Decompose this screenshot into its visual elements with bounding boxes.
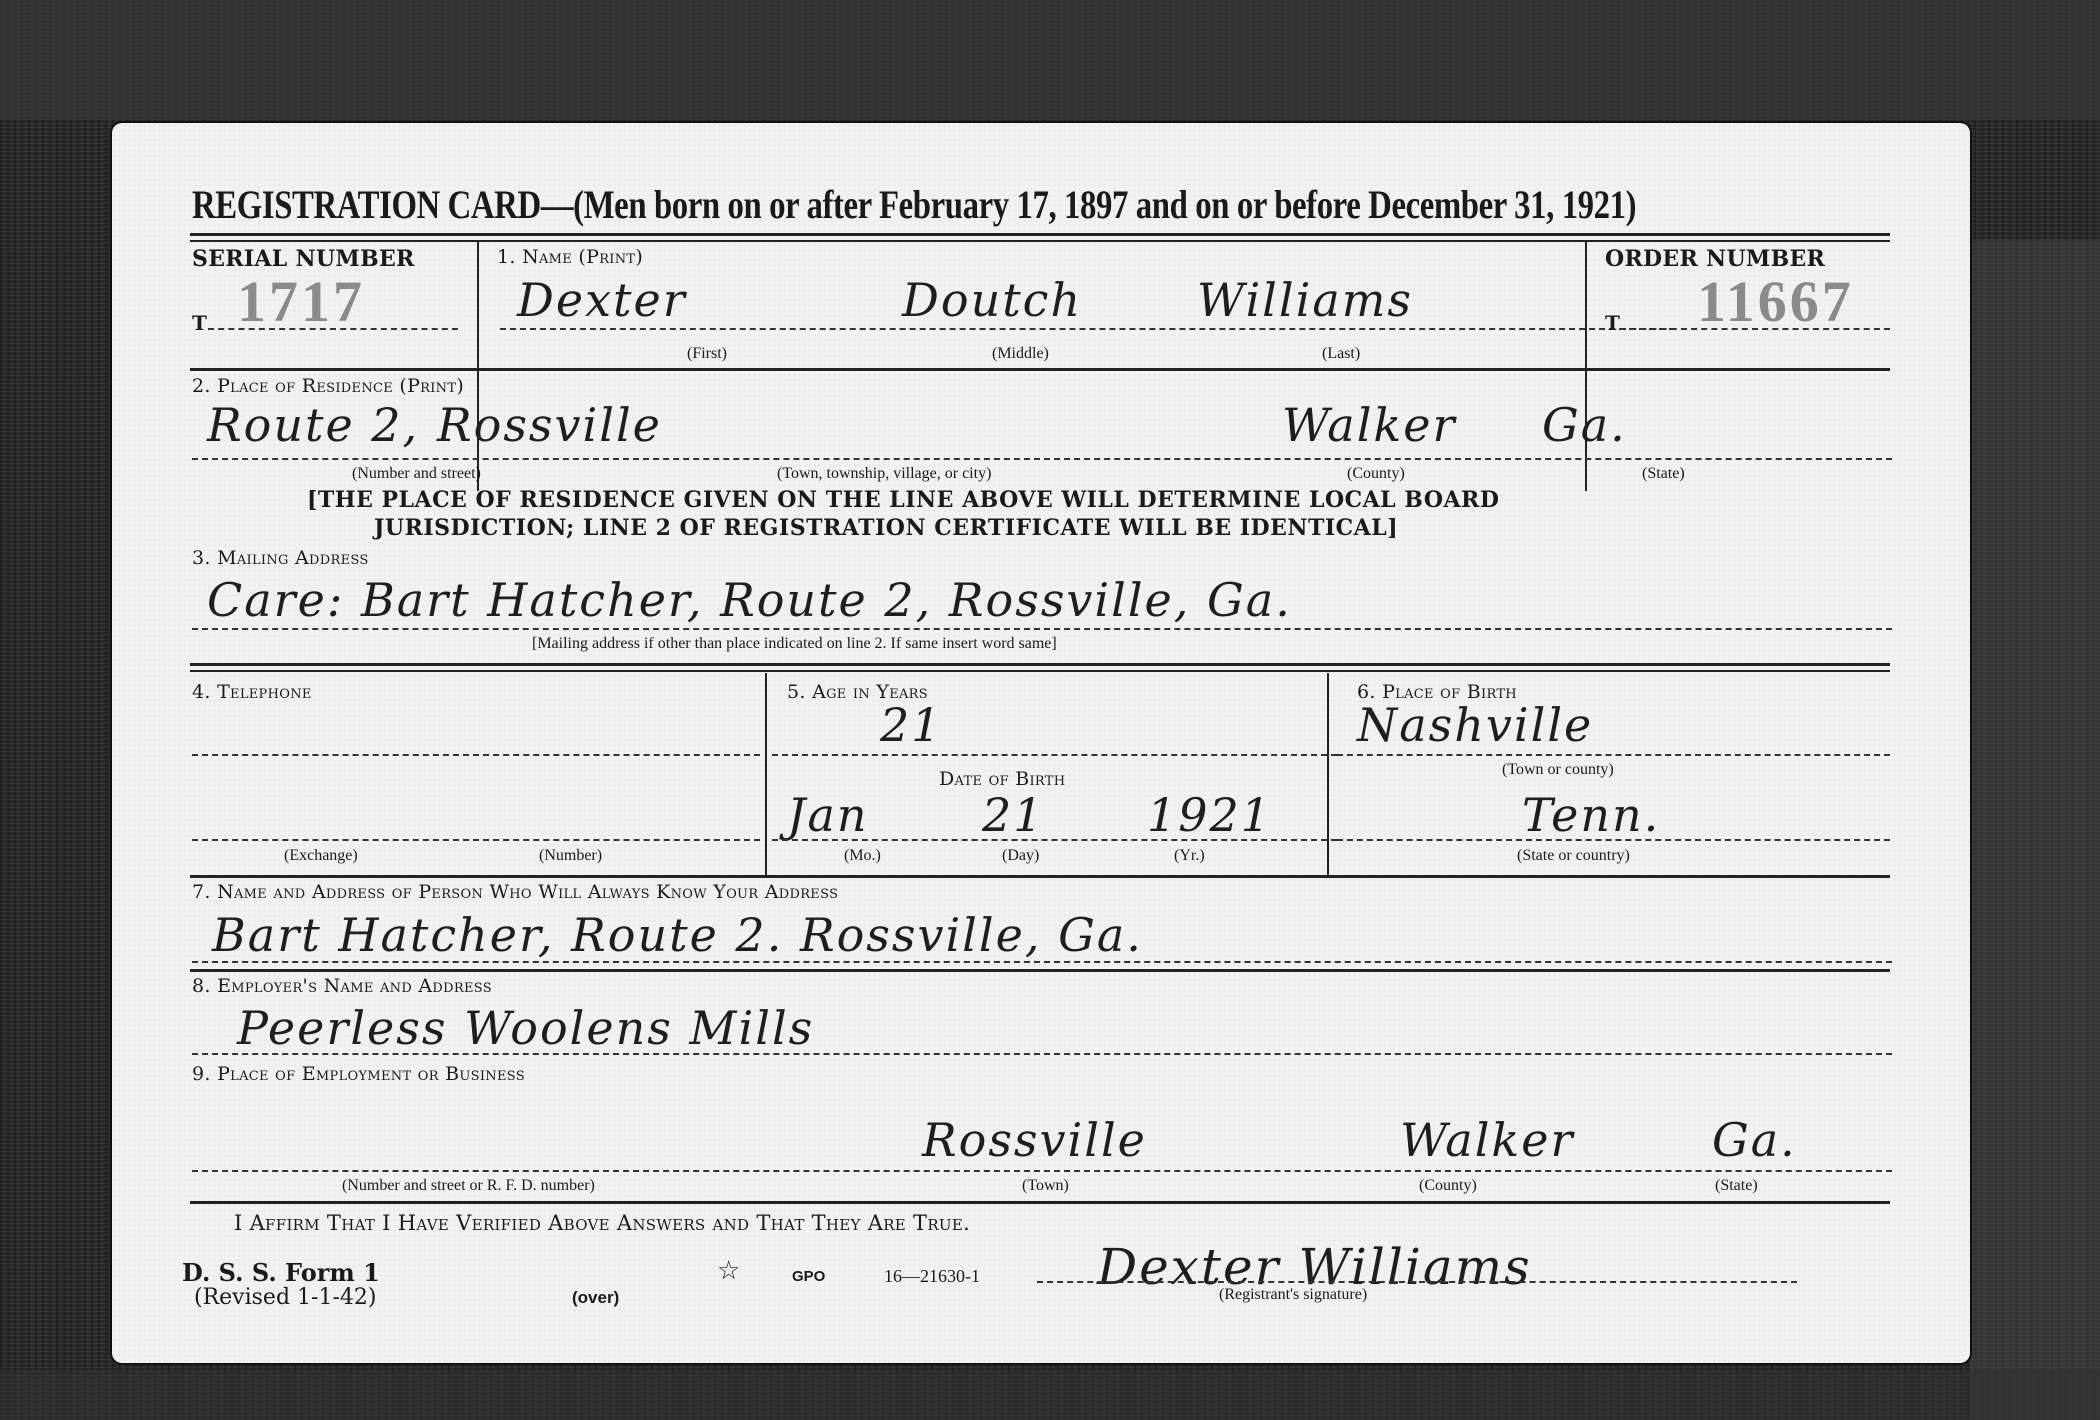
last-caption: (Last): [1322, 345, 1360, 363]
mailing-label: 3. Mailing Address: [192, 547, 369, 569]
birthplace-state-line: [1337, 839, 1890, 841]
mailing-caption: [Mailing address if other than place ind…: [532, 635, 1057, 653]
mailing-value: Care: Bart Hatcher, Route 2, Rossville, …: [207, 573, 1292, 627]
card-title: REGISTRATION CARD—(Men born on or after …: [192, 181, 1636, 228]
residence-state-caption: (State): [1642, 465, 1685, 483]
dob-year-caption: (Yr.): [1174, 847, 1205, 865]
telephone-line2: [192, 839, 760, 841]
residence-county-caption: (County): [1347, 465, 1405, 483]
divider: [190, 875, 1890, 878]
employment-county-value: Walker: [1400, 1113, 1575, 1167]
serial-line: [208, 328, 458, 330]
residence-street-caption: (Number and street): [352, 465, 481, 483]
divider: [190, 233, 1890, 236]
residence-state-value: Ga.: [1542, 398, 1627, 452]
order-number-value: 11667: [1697, 268, 1854, 335]
contact-person-value: Bart Hatcher, Route 2. Rossville, Ga.: [212, 908, 1143, 962]
divider: [190, 670, 1890, 672]
employer-value: Peerless Woolens Mills: [237, 1001, 814, 1055]
employment-state-caption: (State): [1715, 1177, 1758, 1195]
age-value: 21: [880, 698, 943, 752]
age-line: [772, 754, 1337, 756]
birthplace-town-line: [1337, 754, 1890, 756]
employment-street-caption: (Number and street or R. F. D. number): [342, 1177, 595, 1195]
residence-street-value: Route 2,: [207, 398, 419, 452]
dob-month-value: Jan: [787, 788, 869, 842]
dob-year-value: 1921: [1147, 788, 1272, 842]
residence-town-caption: (Town, township, village, or city): [777, 465, 991, 483]
name-line: [500, 328, 1675, 330]
contact-person-line: [192, 961, 1892, 963]
residence-notice-line1: [THE PLACE OF RESIDENCE GIVEN ON THE LIN…: [307, 487, 1499, 513]
residence-notice-line2: JURISDICTION; LINE 2 OF REGISTRATION CER…: [374, 515, 1398, 541]
signature-caption: (Registrant's signature): [1219, 1286, 1367, 1304]
background-wood-bottom: [0, 1370, 2100, 1420]
divider: [190, 240, 1890, 242]
telephone-line1: [192, 754, 760, 756]
divider: [1585, 241, 1587, 491]
order-line: [1620, 328, 1890, 330]
employment-place-label: 9. Place of Employment or Business: [192, 1063, 525, 1085]
dob-line: [772, 839, 1337, 841]
dob-day-caption: (Day): [1002, 847, 1039, 865]
employment-town-caption: (Town): [1022, 1177, 1069, 1195]
star-icon: ☆: [717, 1256, 740, 1286]
employment-line: [192, 1170, 1892, 1172]
divider: [190, 1201, 1890, 1204]
residence-town-value: Rossville: [437, 398, 662, 452]
dob-label: Date of Birth: [939, 768, 1065, 790]
employment-town-value: Rossville: [922, 1113, 1147, 1167]
serial-number-value: 1717: [237, 268, 365, 335]
registration-card: REGISTRATION CARD—(Men born on or after …: [112, 123, 1970, 1363]
divider: [765, 673, 767, 875]
signature-line: [1037, 1281, 1797, 1283]
residence-county-value: Walker: [1282, 398, 1457, 452]
employment-state-value: Ga.: [1712, 1113, 1797, 1167]
dob-day-value: 21: [982, 788, 1045, 842]
first-caption: (First): [687, 345, 727, 363]
birthplace-town-value: Nashville: [1357, 698, 1593, 752]
employment-county-caption: (County): [1419, 1177, 1477, 1195]
serial-prefix: T: [192, 311, 207, 335]
background-wood-top: [0, 0, 2100, 120]
birthplace-town-caption: (Town or county): [1502, 761, 1614, 779]
gpo-text: GPO: [792, 1268, 825, 1285]
employer-line: [192, 1053, 1892, 1055]
employer-label: 8. Employer's Name and Address: [192, 975, 492, 997]
dob-month-caption: (Mo.): [844, 847, 881, 865]
telephone-label: 4. Telephone: [192, 681, 312, 703]
name-label: 1. Name (Print): [497, 246, 643, 268]
birthplace-state-caption: (State or country): [1517, 847, 1630, 865]
exchange-caption: (Exchange): [284, 847, 358, 865]
form-id: D. S. S. Form 1: [182, 1258, 380, 1287]
divider: [190, 368, 1890, 371]
divider: [190, 969, 1890, 972]
middle-name-value: Doutch: [902, 273, 1082, 327]
mailing-line: [192, 628, 1892, 630]
gpo-number: 16—21630-1: [884, 1266, 980, 1287]
divider: [477, 241, 479, 491]
contact-person-label: 7. Name and Address of Person Who Will A…: [192, 881, 838, 903]
affirmation-text: I Affirm That I Have Verified Above Answ…: [234, 1211, 970, 1235]
divider: [1327, 673, 1329, 875]
first-name-value: Dexter: [517, 273, 687, 327]
birthplace-state-value: Tenn.: [1522, 788, 1660, 842]
residence-line: [192, 458, 1892, 460]
middle-caption: (Middle): [992, 345, 1049, 363]
form-revised: (Revised 1-1-42): [194, 1285, 376, 1310]
number-caption: (Number): [539, 847, 602, 865]
over-text: (over): [572, 1288, 619, 1308]
divider: [190, 663, 1890, 666]
background-wood-right: [1970, 240, 2100, 1420]
last-name-value: Williams: [1197, 273, 1413, 327]
order-prefix: T: [1605, 311, 1620, 335]
residence-label: 2. Place of Residence (Print): [192, 375, 464, 397]
